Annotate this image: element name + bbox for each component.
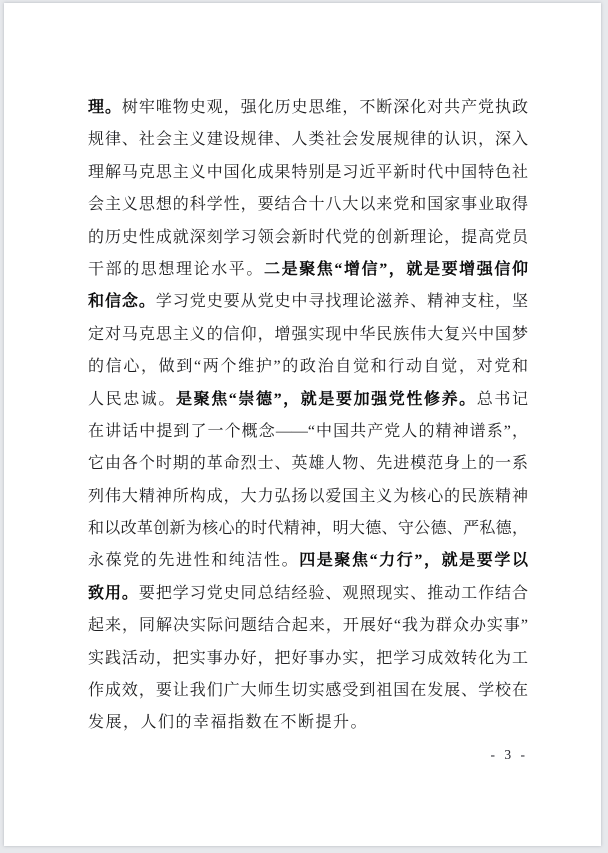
text-line: 永葆党的先进性和纯洁性。四是聚焦“力行”，就是要学以 xyxy=(88,545,528,577)
body-text: 它由各个时期的革命烈士、英雄人物、先进模范身上的一系 xyxy=(88,455,528,472)
text-line: 干部的思想理论水平。二是聚焦“增信”，就是要增强信仰 xyxy=(88,254,528,286)
body-text: 总书记 xyxy=(477,391,528,408)
text-line: 实践活动，把实事办好，把好事办实，把学习成效转化为工 xyxy=(88,643,528,675)
text-line: 列伟大精神所构成，大力弘扬以爱国主义为核心的民族精神 xyxy=(88,481,528,513)
body-text: 起来，同解决实际问题结合起来，开展好“我为群众办实事” xyxy=(88,617,528,634)
body-text: 在讲话中提到了一个概念——“中国共产党人的精神谱系”， xyxy=(88,423,528,440)
body-text: 定对马克思主义的信仰，增强实现中华民族伟大复兴中国梦 xyxy=(88,326,528,343)
emphasis-text: 和信念。 xyxy=(88,293,156,310)
body-text: 树牢唯物史观，强化历史思维，不断深化对共产党执政 xyxy=(122,99,528,116)
body-text: 规律、社会主义建设规律、人类社会发展规律的认识，深入 xyxy=(88,131,528,148)
document-body: 理。树牢唯物史观，强化历史思维，不断深化对共产党执政规律、社会主义建设规律、人类… xyxy=(88,92,528,740)
text-line: 理解马克思主义中国化成果特别是习近平新时代中国特色社 xyxy=(88,157,528,189)
body-text: 列伟大精神所构成，大力弘扬以爱国主义为核心的民族精神 xyxy=(88,488,528,505)
text-line: 发展，人们的幸福指数在不断提升。 xyxy=(88,707,528,739)
body-text: 实践活动，把实事办好，把好事办实，把学习成效转化为工 xyxy=(88,650,528,667)
emphasis-text: 四是聚焦“力行”，就是要学以 xyxy=(299,552,528,569)
viewer-canvas: 理。树牢唯物史观，强化历史思维，不断深化对共产党执政规律、社会主义建设规律、人类… xyxy=(0,0,608,853)
body-text: 会主义思想的科学性，要结合十八大以来党和国家事业取得 xyxy=(88,196,528,213)
text-line: 人民忠诚。是聚焦“崇德”，就是要加强党性修养。总书记 xyxy=(88,384,528,416)
text-line: 和以改革创新为核心的时代精神，明大德、守公德、严私德， xyxy=(88,513,528,545)
text-line: 的信心，做到“两个维护”的政治自觉和行动自觉，对党和 xyxy=(88,351,528,383)
text-line: 作成效，要让我们广大师生切实感受到祖国在发展、学校在 xyxy=(88,675,528,707)
text-line: 的历史性成就深刻学习领会新时代党的创新理论，提高党员 xyxy=(88,222,528,254)
body-text: 人民忠诚。 xyxy=(88,391,176,408)
text-line: 会主义思想的科学性，要结合十八大以来党和国家事业取得 xyxy=(88,189,528,221)
text-line: 理。树牢唯物史观，强化历史思维，不断深化对共产党执政 xyxy=(88,92,528,124)
text-line: 致用。要把学习党史同总结经验、观照现实、推动工作结合 xyxy=(88,578,528,610)
emphasis-text: 理。 xyxy=(88,99,122,116)
body-text: 和以改革创新为核心的时代精神，明大德、守公德、严私德， xyxy=(88,520,528,537)
emphasis-text: 致用。 xyxy=(88,585,139,602)
document-page: 理。树牢唯物史观，强化历史思维，不断深化对共产党执政规律、社会主义建设规律、人类… xyxy=(4,3,601,846)
body-text: 干部的思想理论水平。 xyxy=(88,261,264,278)
text-line: 规律、社会主义建设规律、人类社会发展规律的认识，深入 xyxy=(88,124,528,156)
text-line: 定对马克思主义的信仰，增强实现中华民族伟大复兴中国梦 xyxy=(88,319,528,351)
text-line: 它由各个时期的革命烈士、英雄人物、先进模范身上的一系 xyxy=(88,448,528,480)
text-line: 和信念。学习党史要从党史中寻找理论滋养、精神支柱，坚 xyxy=(88,286,528,318)
body-text: 的历史性成就深刻学习领会新时代党的创新理论，提高党员 xyxy=(88,229,528,246)
body-text: 学习党史要从党史中寻找理论滋养、精神支柱，坚 xyxy=(156,293,528,310)
text-line: 在讲话中提到了一个概念——“中国共产党人的精神谱系”， xyxy=(88,416,528,448)
body-text: 理解马克思主义中国化成果特别是习近平新时代中国特色社 xyxy=(88,164,528,181)
page-number: - 3 - xyxy=(88,745,528,765)
body-text: 永葆党的先进性和纯洁性。 xyxy=(88,552,299,569)
text-line: 起来，同解决实际问题结合起来，开展好“我为群众办实事” xyxy=(88,610,528,642)
emphasis-text: 是聚焦“崇德”，就是要加强党性修养。 xyxy=(176,391,477,408)
emphasis-text: 二是聚焦“增信”，就是要增强信仰 xyxy=(264,261,528,278)
body-text: 要把学习党史同总结经验、观照现实、推动工作结合 xyxy=(139,585,528,602)
body-text: 发展，人们的幸福指数在不断提升。 xyxy=(88,714,368,731)
body-text: 的信心，做到“两个维护”的政治自觉和行动自觉，对党和 xyxy=(88,358,528,375)
body-text: 作成效，要让我们广大师生切实感受到祖国在发展、学校在 xyxy=(88,682,528,699)
